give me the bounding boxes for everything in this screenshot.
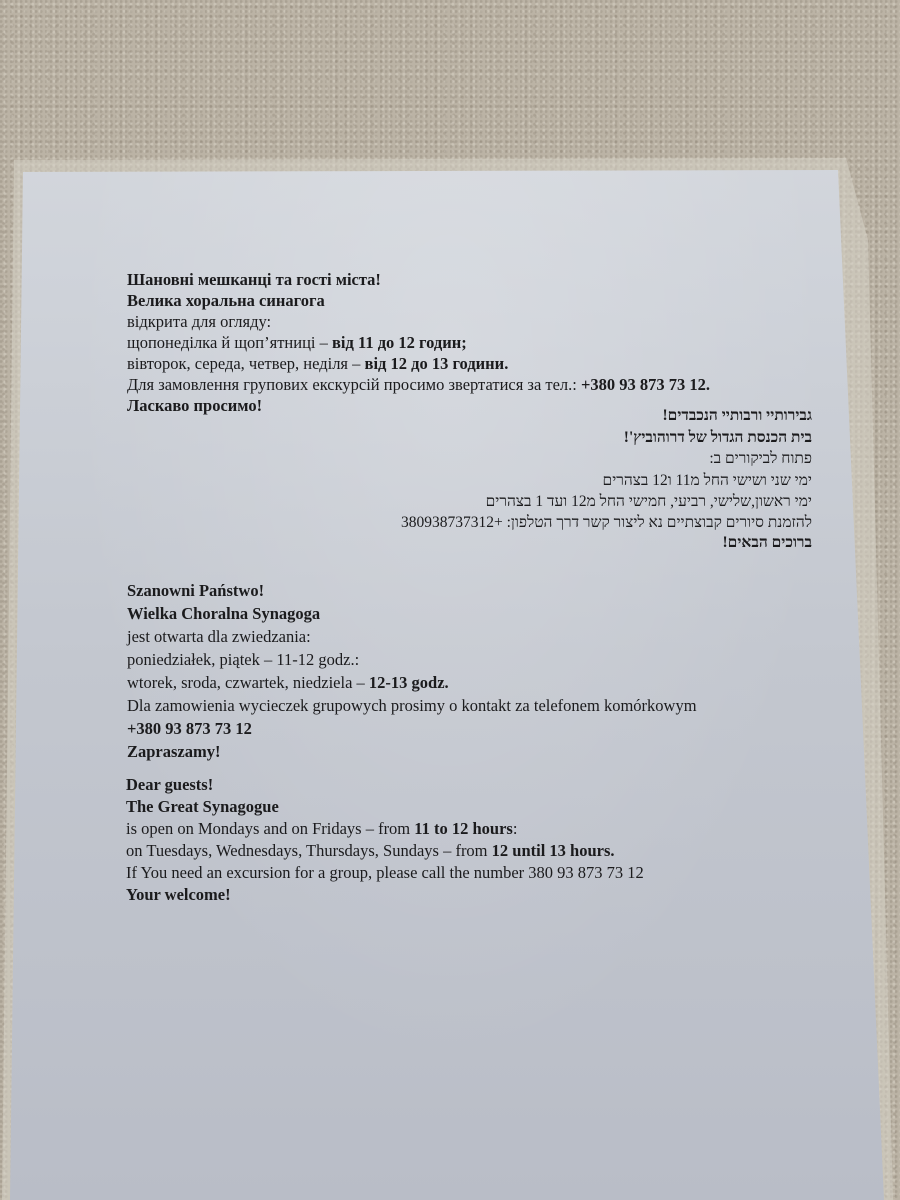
ua-schedule-1-days: щопонеділка й щоп’ятниці – (127, 333, 332, 352)
ua-contact: Для замовлення групових екскурсій просим… (127, 375, 710, 395)
en-contact: If You need an excursion for a group, pl… (126, 863, 644, 883)
en-title: The Great Synagogue (126, 797, 279, 817)
en-schedule-1-days: is open on Mondays and on Fridays – from (126, 819, 414, 838)
en-greeting: Dear guests! (126, 775, 213, 795)
pl-contact-phone: +380 93 873 73 12 (127, 719, 252, 739)
ua-greeting: Шановні мешканці та гості міста! (127, 270, 381, 290)
pl-schedule-2-hours: 12-13 godz. (369, 673, 449, 692)
ua-closing: Ласкаво просимо! (127, 396, 262, 416)
ua-schedule-1: щопонеділка й щоп’ятниці – від 11 до 12 … (127, 333, 467, 353)
ua-schedule-2-days: вівторок, середа, четвер, неділя – (127, 354, 365, 373)
he-open-label: פתוח לביקורים ב: (709, 449, 812, 469)
pl-schedule-1: poniedziałek, piątek – 11-12 godz.: (127, 650, 359, 670)
he-title: בית הכנסת הגדול של דרוהוביץ'! (624, 428, 812, 448)
he-schedule-2: ימי ראשון,שלישי, רביעי, חמישי החל מ12 וע… (486, 492, 812, 512)
ua-schedule-2-hours: від 12 до 13 години. (365, 354, 509, 373)
en-closing: Your welcome! (126, 885, 231, 905)
pl-greeting: Szanowni Państwo! (127, 581, 264, 601)
he-contact: להזמנת סיורים קבוצתיים נא ליצור קשר דרך … (401, 513, 812, 533)
pl-closing: Zapraszamy! (127, 742, 221, 762)
ua-contact-text: Для замовлення групових екскурсій просим… (127, 375, 581, 394)
en-schedule-1-suffix: : (513, 819, 518, 838)
he-closing: ברוכים הבאים! (723, 533, 812, 553)
pl-open-label: jest otwarta dla zwiedzania: (127, 627, 311, 647)
he-greeting: גבירותיי ורבותיי הנכבדים! (662, 406, 812, 426)
pl-schedule-2: wtorek, sroda, czwartek, niedziela – 12-… (127, 673, 449, 693)
ua-schedule-1-hours: від 11 до 12 годин; (332, 333, 467, 352)
en-schedule-2: on Tuesdays, Wednesdays, Thursdays, Sund… (126, 841, 615, 861)
pl-schedule-2-days: wtorek, sroda, czwartek, niedziela – (127, 673, 369, 692)
he-schedule-1: ימי שני ושישי החל מ11 ו12 בצהרים (603, 471, 812, 491)
ua-schedule-2: вівторок, середа, четвер, неділя – від 1… (127, 354, 508, 374)
ua-contact-phone: +380 93 873 73 12. (581, 375, 710, 394)
ua-title: Велика хоральна синагога (127, 291, 325, 311)
pl-title: Wielka Choralna Synagoga (127, 604, 320, 624)
en-schedule-2-hours: 12 until 13 hours. (492, 841, 615, 860)
ua-open-label: відкрита для огляду: (127, 312, 271, 332)
en-schedule-1-hours: 11 to 12 hours (414, 819, 513, 838)
pl-contact: Dla zamowienia wycieczek grupowych prosi… (127, 696, 697, 716)
en-schedule-1: is open on Mondays and on Fridays – from… (126, 819, 517, 839)
en-schedule-2-days: on Tuesdays, Wednesdays, Thursdays, Sund… (126, 841, 492, 860)
